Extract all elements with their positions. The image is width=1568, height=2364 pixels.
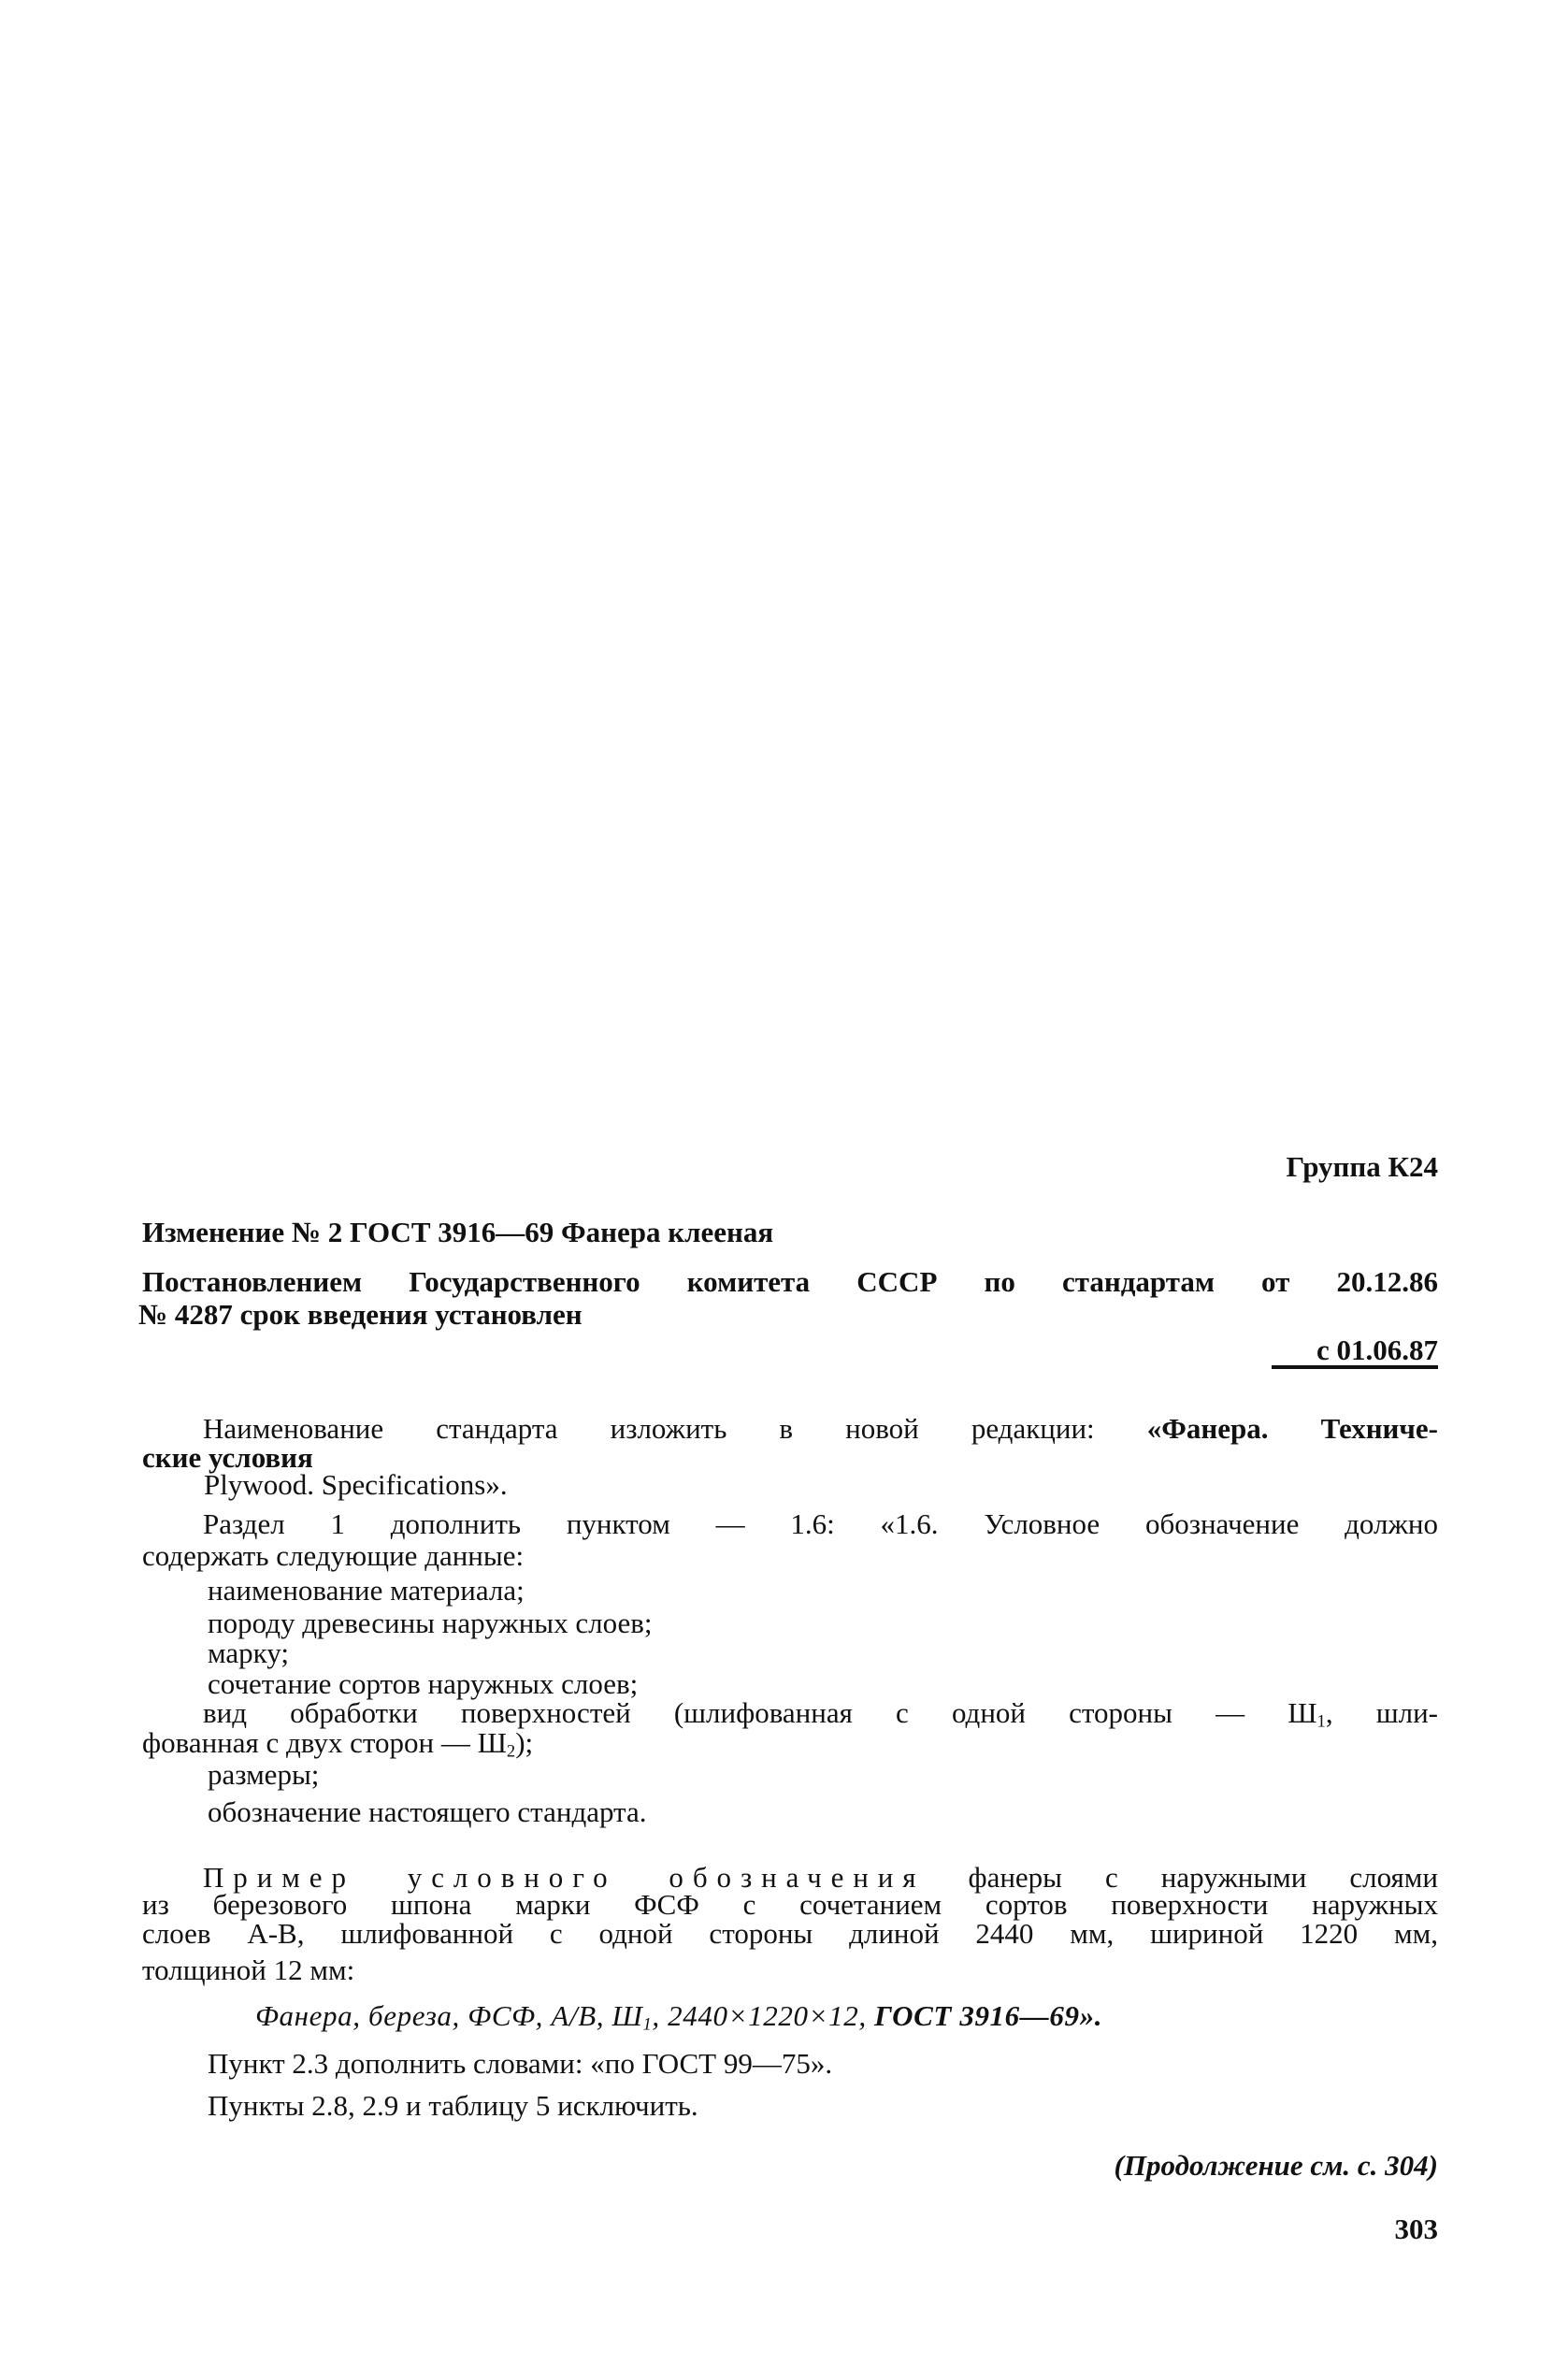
page-number: 303	[1395, 2214, 1439, 2243]
effective-date-underline	[1272, 1365, 1438, 1369]
p1-line-1-bold: «Фанера. Техниче-	[1147, 1412, 1438, 1445]
example-line-4: толщиной 12 мм:	[142, 1955, 354, 1984]
designation-formula: Фанера, береза, ФСФ, А/В, Ш1, 2440×1220×…	[255, 2001, 1102, 2030]
decree-line-1: Постановлением Государственного комитета…	[142, 1267, 1438, 1296]
formula-text-a: Фанера, береза, ФСФ, А/В, Ш	[255, 1999, 642, 2032]
example-line-2: из березового шпона марки ФСФ с сочетани…	[142, 1890, 1438, 1919]
list-item: обозначение настоящего стандарта.	[208, 1797, 647, 1826]
list-item: породу древесины наружных слоев;	[208, 1608, 653, 1637]
example-line-3: слоев А-В, шлифованной с одной стороны д…	[142, 1919, 1438, 1948]
p1-line-3: Plywood. Specifications».	[204, 1470, 508, 1499]
p2-line-1: Раздел 1 дополнить пунктом — 1.6: «1.6. …	[203, 1509, 1438, 1538]
effective-date: с 01.06.87	[1316, 1335, 1438, 1364]
item5-text-a: вид обработки поверхностей (шлифованная …	[203, 1696, 1317, 1729]
change-title: Изменение № 2 ГОСТ 3916—69 Фанера клеена…	[142, 1218, 773, 1247]
document-page: Группа К24 Изменение № 2 ГОСТ 3916—69 Фа…	[0, 0, 1568, 2364]
list-item-5-line-2: фованная с двух сторон — Ш2);	[142, 1728, 533, 1757]
item5-line2-sub: 2	[507, 1742, 515, 1762]
item5-sub: 1	[1317, 1712, 1326, 1732]
p1-line-1: Наименование стандарта изложить в новой …	[203, 1414, 1438, 1443]
formula-text-b: , 2440×1220×12,	[652, 1999, 874, 2032]
p4: Пункты 2.8, 2.9 и таблицу 5 исключить.	[208, 2091, 698, 2120]
list-item: наименование материала;	[208, 1576, 525, 1605]
item5-text-b: , шли-	[1326, 1696, 1438, 1729]
list-item: сочетание сортов наружных слоев;	[208, 1669, 638, 1698]
p3: Пункт 2.3 дополнить словами: «по ГОСТ 99…	[208, 2049, 832, 2078]
formula-sub: 1	[642, 2015, 652, 2035]
item5-line2-a: фованная с двух сторон — Ш	[142, 1726, 507, 1759]
formula-standard: ГОСТ 3916—69».	[874, 1999, 1102, 2032]
p2-line-2: содержать следующие данные:	[142, 1541, 524, 1570]
continuation-note: (Продолжение см. с. 304)	[1115, 2151, 1438, 2180]
list-item: размеры;	[208, 1760, 319, 1789]
list-item: марку;	[208, 1638, 289, 1667]
item5-line2-b: );	[515, 1726, 533, 1759]
decree-line-2: № 4287 срок введения установлен	[138, 1300, 583, 1329]
group-label: Группа К24	[1286, 1152, 1438, 1181]
p1-line-1-plain: Наименование стандарта изложить в новой …	[203, 1412, 1147, 1445]
list-item-5-line-1: вид обработки поверхностей (шлифованная …	[203, 1698, 1438, 1727]
